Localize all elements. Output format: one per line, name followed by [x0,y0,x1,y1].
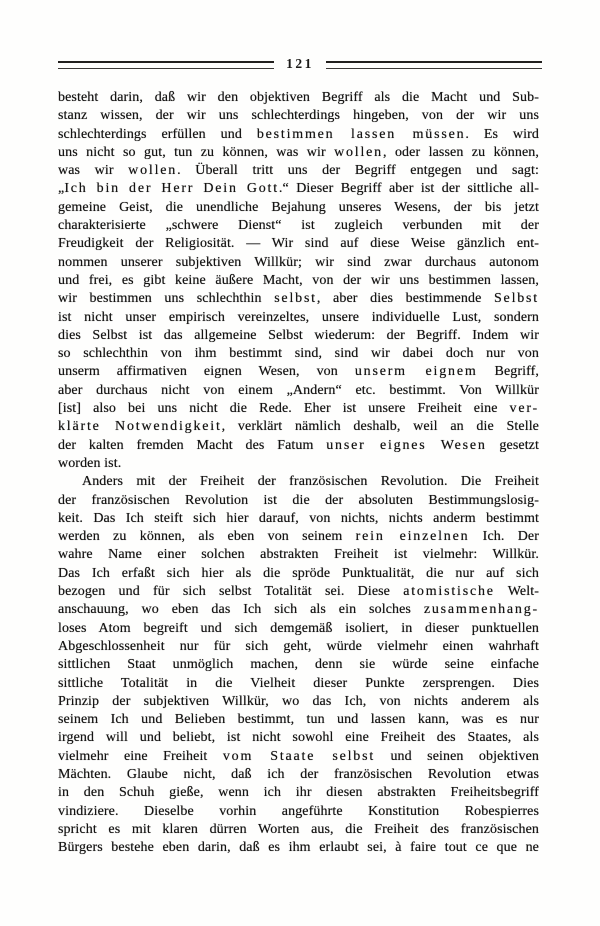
header-rule-right [326,61,542,69]
text-segment: aber durchaus nicht von einem „Andern“ e… [58,383,539,398]
emphasized-text: zusammenhang- [424,602,539,617]
page-number: 121 [286,56,314,72]
text-line: klärte Notwendigkeit, verklärt nämlich d… [58,418,539,436]
body-text: besteht darin, daß wir den objektiven Be… [58,89,539,857]
text-line: stanz wissen, der wir uns schlechterding… [58,107,539,125]
text-line: schlechterdings erfüllen und bestimmen l… [58,126,539,144]
text-segment: Abgeschlossenheit nur für sich geht, wür… [58,639,539,654]
text-segment: Mächten. Glaube nicht, daß ich der franz… [58,767,539,782]
text-segment: uns nicht so gut, tun zu können, was wir [58,145,334,160]
text-segment: vindiziere. Dieselbe vorhin angeführte K… [58,804,539,819]
text-line: ist nicht unser empirisch vereinzeltes, … [58,309,539,327]
text-line: worden ist. [58,455,539,473]
text-segment: der französischen Revolution ist die der… [58,493,539,508]
text-line: Mächten. Glaube nicht, daß ich der franz… [58,766,539,784]
text-line: Prinzip der subjektiven Willkür, wo das … [58,693,539,711]
text-line: wir bestimmen uns schlechthin selbst, ab… [58,290,539,308]
text-line: sittlichen Staat unmöglich machen, denn … [58,656,539,674]
emphasized-text: wollen [128,163,177,178]
text-segment: anschauung, wo eben das Ich sich als ein… [58,602,424,617]
text-line: aber durchaus nicht von einem „Andern“ e… [58,382,539,400]
text-segment: gemeine Geist, die unendliche Bejahung u… [58,200,539,215]
text-line: unserm affirmativen eignen Wesen, von un… [58,363,539,381]
text-line: werden zu können, als eben von seinem re… [58,528,539,546]
page-header: 121 [58,56,542,74]
emphasized-text: vom Staate selbst [223,749,375,764]
text-segment: . Überall tritt uns der Begriff entgegen… [177,163,539,178]
text-segment: der kalten fremden Macht des Fatum [58,438,326,453]
text-segment: nommen unserer subjektiven Willkür; wir … [58,255,539,270]
text-segment: Bürgers bestehe eben darin, daß es ihm e… [58,840,539,855]
text-line: in den Schuh gieße, wenn ich ihr diesen … [58,784,539,802]
text-segment: , verklärt nämlich deshalb, weil an die … [222,419,539,434]
text-segment: Das Ich erfaßt sich hier als die spröde … [58,566,539,581]
emphasized-text: atomistische [403,584,495,599]
text-segment: was wir [58,163,128,178]
text-segment: so schlechthin von ihm bestimmt sind, si… [58,346,539,361]
text-line: irgend will und beliebt, ist nicht sowoh… [58,729,539,747]
text-segment: in den Schuh gieße, wenn ich ihr diesen … [58,785,539,800]
text-segment: wir bestimmen uns schlechthin [58,291,274,306]
text-segment: gesetzt [487,438,539,453]
text-segment: und frei, es gibt keine äußere Macht, vo… [58,273,539,288]
text-line: bezogen und für sich selbst Totalität se… [58,583,539,601]
text-segment: bezogen und für sich selbst Totalität se… [58,584,403,599]
text-segment: seinem Ich und Belieben bestimmt, tun un… [58,712,539,727]
text-segment: Begriff, [478,364,539,379]
text-line: dies Selbst ist das allgemeine Selbst wi… [58,327,539,345]
text-line: uns nicht so gut, tun zu können, was wir… [58,144,539,162]
text-line: vielmehr eine Freiheit vom Staate selbst… [58,748,539,766]
text-segment: irgend will und beliebt, ist nicht sowoh… [58,730,539,745]
emphasized-text: unser eignes Wesen [326,438,486,453]
text-segment: werden zu können, als eben von seinem [58,529,356,544]
text-segment: dies Selbst ist das allgemeine Selbst wi… [58,328,539,343]
text-line: vindiziere. Dieselbe vorhin angeführte K… [58,803,539,821]
text-segment: vielmehr eine Freiheit [58,749,223,764]
text-line: charakterisierte „schwere Dienst“ ist zu… [58,217,539,235]
emphasized-text: klärte Notwendigkeit [58,419,222,434]
text-line: nommen unserer subjektiven Willkür; wir … [58,254,539,272]
text-line: was wir wollen. Überall tritt uns der Be… [58,162,539,180]
text-line: Abgeschlossenheit nur für sich geht, wür… [58,638,539,656]
text-segment: [ist] also bei uns nicht die Rede. Eher … [58,401,510,416]
text-line: sittliche Totalität in die Vielheit dies… [58,675,539,693]
emphasized-text: ver- [510,401,539,416]
text-line: Das Ich erfaßt sich hier als die spröde … [58,565,539,583]
text-segment: worden ist. [58,456,121,471]
text-line: besteht darin, daß wir den objektiven Be… [58,89,539,107]
text-line: Freudigkeit der Religiosität. — Wir sind… [58,235,539,253]
text-segment: stanz wissen, der wir uns schlechterding… [58,108,539,123]
text-segment: und seinen objektiven [375,749,539,764]
text-segment: .“ Dieser Begriff aber ist der sittliche… [279,181,539,196]
text-segment: unserm affirmativen eignen Wesen, von [58,364,355,379]
book-page: 121 besteht darin, daß wir den objektive… [0,0,600,926]
text-line: Bürgers bestehe eben darin, daß es ihm e… [58,839,539,857]
text-line: der kalten fremden Macht des Fatum unser… [58,437,539,455]
text-segment: Ich. Der [469,529,539,544]
text-segment: . Es wird [465,127,539,142]
text-line: gemeine Geist, die unendliche Bejahung u… [58,199,539,217]
header-rule-left [58,61,274,69]
text-line: Anders mit der Freiheit der französische… [58,473,539,491]
text-segment: schlechterdings erfüllen und [58,127,257,142]
text-segment: besteht darin, daß wir den objektiven Be… [58,90,539,105]
text-segment: loses Atom begreift und sich demgemäß is… [58,621,539,636]
emphasized-text: bestimmen lassen müssen [257,127,466,142]
text-line: loses Atom begreift und sich demgemäß is… [58,620,539,638]
text-segment: keit. Das Ich steift sich hier darauf, v… [58,511,539,526]
emphasized-text: Selbst [494,291,539,306]
text-line: und frei, es gibt keine äußere Macht, vo… [58,272,539,290]
text-line: keit. Das Ich steift sich hier darauf, v… [58,510,539,528]
text-line: anschauung, wo eben das Ich sich als ein… [58,601,539,619]
text-segment: wahre Name einer solchen abstrakten Frei… [58,547,539,562]
text-line: der französischen Revolution ist die der… [58,492,539,510]
text-segment: , oder lassen zu können, [383,145,539,160]
emphasized-text: unserm eignem [355,364,478,379]
text-line: so schlechthin von ihm bestimmt sind, si… [58,345,539,363]
text-segment: sittliche Totalität in die Vielheit dies… [58,676,539,691]
text-segment: ist nicht unser empirisch vereinzeltes, … [58,310,539,325]
text-line: [ist] also bei uns nicht die Rede. Eher … [58,400,539,418]
emphasized-text: Ich bin der Herr Dein Gott [64,181,279,196]
text-line: seinem Ich und Belieben bestimmt, tun un… [58,711,539,729]
text-line: wahre Name einer solchen abstrakten Frei… [58,546,539,564]
text-segment: charakterisierte „schwere Dienst“ ist zu… [58,218,539,233]
text-segment: spricht es mit klaren dürren Worten aus,… [58,822,539,837]
text-segment: Welt- [495,584,539,599]
emphasized-text: selbst [274,291,317,306]
text-line: „Ich bin der Herr Dein Gott.“ Dieser Beg… [58,180,539,198]
emphasized-text: rein einzelnen [356,529,470,544]
text-segment: Prinzip der subjektiven Willkür, wo das … [58,694,539,709]
text-segment: , aber dies bestimmende [317,291,494,306]
text-segment: sittlichen Staat unmöglich machen, denn … [58,657,539,672]
text-segment: Freudigkeit der Religiosität. — Wir sind… [58,236,539,251]
emphasized-text: wollen [334,145,383,160]
text-line: spricht es mit klaren dürren Worten aus,… [58,821,539,839]
text-segment: Anders mit der Freiheit der französische… [82,474,539,489]
